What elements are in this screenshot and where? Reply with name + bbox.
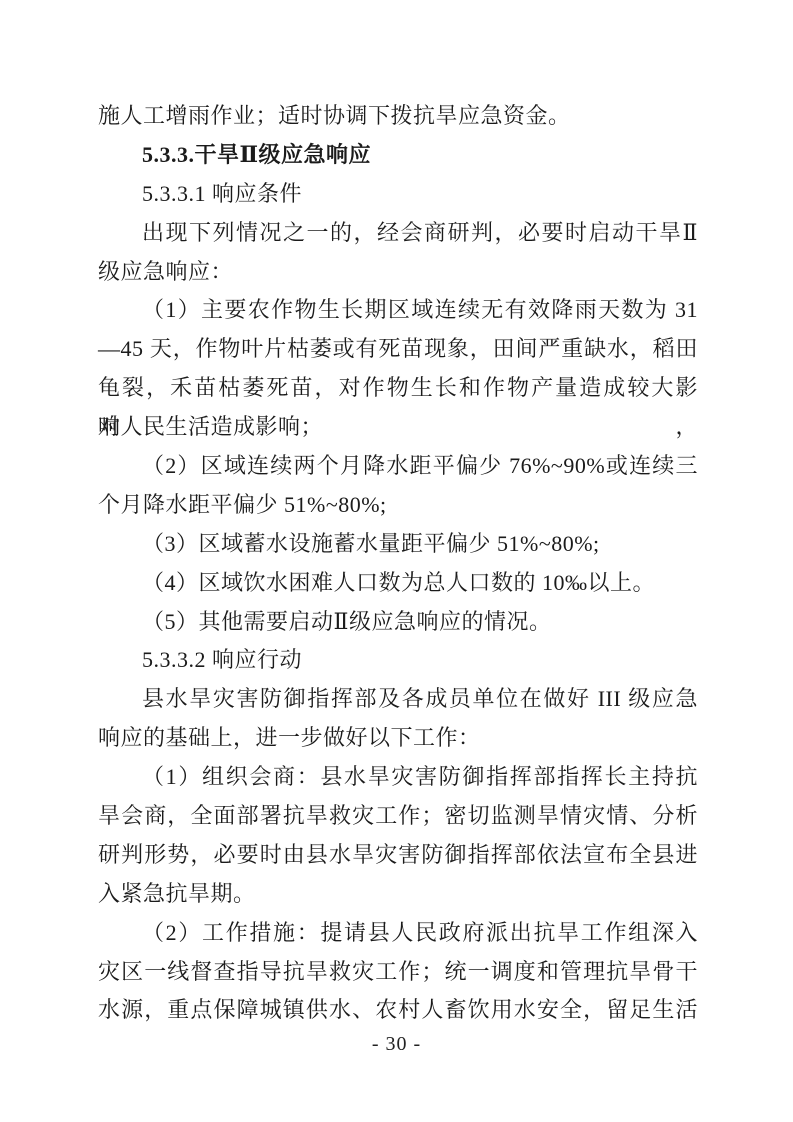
section-heading: 5.3.3.干旱Ⅱ级应急响应 bbox=[98, 136, 698, 175]
text-line: （1）组织会商：县水旱灾害防御指挥部指挥长主持抗 bbox=[98, 758, 698, 797]
text-line: （5）其他需要启动Ⅱ级应急响应的情况。 bbox=[98, 603, 698, 642]
text-line: 出现下列情况之一的，经会商研判，必要时启动干旱Ⅱ bbox=[98, 214, 698, 253]
text-line: 灾区一线督查指导抗旱救灾工作；统一调度和管理抗旱骨干 bbox=[98, 953, 698, 992]
text-line: 水源，重点保障城镇供水、农村人畜饮用水安全，留足生活 bbox=[98, 991, 698, 1030]
text-line: 响应的基础上，进一步做好以下工作： bbox=[98, 719, 698, 758]
text-line: （3）区域蓄水设施蓄水量距平偏少 51%~80%; bbox=[98, 525, 698, 564]
text-line: （4）区域饮水困难人口数为总人口数的 10‰以上。 bbox=[98, 564, 698, 603]
text-line: 施人工增雨作业；适时协调下拨抗旱应急资金。 bbox=[98, 97, 698, 136]
text-line: —45 天，作物叶片枯萎或有死苗现象，田间严重缺水，稻田 bbox=[98, 330, 698, 369]
text-line: （2）工作措施：提请县人民政府派出抗旱工作组深入 bbox=[98, 914, 698, 953]
text-line: 5.3.3.2 响应行动 bbox=[98, 641, 698, 680]
page-number: - 30 - bbox=[0, 1033, 793, 1056]
document-lines: 施人工增雨作业；适时协调下拨抗旱应急资金。5.3.3.干旱Ⅱ级应急响应5.3.3… bbox=[98, 97, 698, 1030]
text-line: 县水旱灾害防御指挥部及各成员单位在做好 III 级应急 bbox=[98, 680, 698, 719]
text-line: 5.3.3.1 响应条件 bbox=[98, 175, 698, 214]
text-line: 龟裂，禾苗枯萎死苗，对作物生长和作物产量造成较大影响， bbox=[98, 369, 698, 408]
text-line: 研判形势，必要时由县水旱灾害防御指挥部依法宣布全县进 bbox=[98, 836, 698, 875]
text-line: （2）区域连续两个月降水距平偏少 76%~90%或连续三 bbox=[98, 447, 698, 486]
document-page: 施人工增雨作业；适时协调下拨抗旱应急资金。5.3.3.干旱Ⅱ级应急响应5.3.3… bbox=[0, 0, 793, 1122]
text-line: 旱会商，全面部署抗旱救灾工作；密切监测旱情灾情、分析 bbox=[98, 797, 698, 836]
text-line: 级应急响应： bbox=[98, 253, 698, 292]
text-line: 入紧急抗旱期。 bbox=[98, 875, 698, 914]
text-line: （1）主要农作物生长期区域连续无有效降雨天数为 31 bbox=[98, 291, 698, 330]
text-line: 个月降水距平偏少 51%~80%; bbox=[98, 486, 698, 525]
